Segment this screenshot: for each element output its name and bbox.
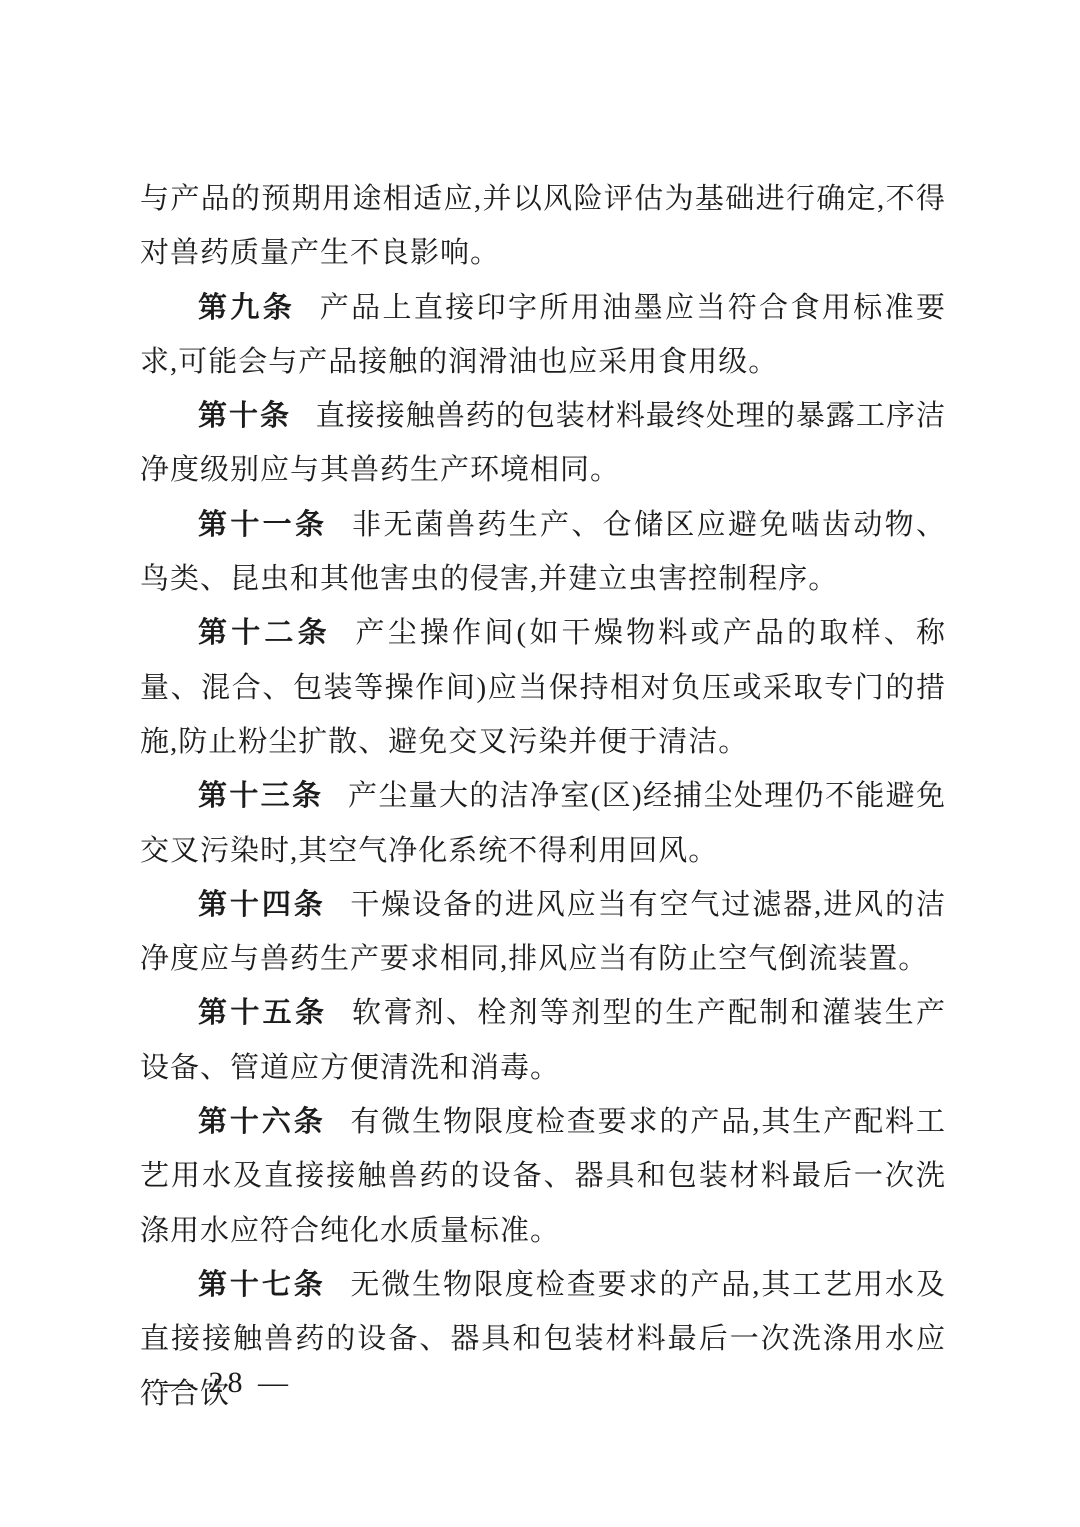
article-number: 第十五条 bbox=[198, 997, 327, 1029]
continuation-paragraph: 与产品的预期用途相适应,并以风险评估为基础进行确定,不得对兽药质量产生不良影响。 bbox=[140, 172, 946, 281]
document-page: 与产品的预期用途相适应,并以风险评估为基础进行确定,不得对兽药质量产生不良影响。… bbox=[0, 0, 1080, 1527]
page-number: — 28 — bbox=[163, 1366, 292, 1400]
article-paragraph: 第十五条软膏剂、栓剂等剂型的生产配制和灌装生产设备、管道应方便清洗和消毒。 bbox=[140, 986, 946, 1095]
article-paragraph: 第十六条有微生物限度检查要求的产品,其生产配料工艺用水及直接接触兽药的设备、器具… bbox=[140, 1095, 946, 1258]
article-paragraph: 第十一条非无菌兽药生产、仓储区应避免啮齿动物、鸟类、昆虫和其他害虫的侵害,并建立… bbox=[140, 498, 946, 607]
article-number: 第十条 bbox=[198, 400, 291, 432]
article-paragraph: 第十条直接接触兽药的包装材料最终处理的暴露工序洁净度级别应与其兽药生产环境相同。 bbox=[140, 389, 946, 498]
article-paragraph: 第十三条产尘量大的洁净室(区)经捕尘处理仍不能避免交叉污染时,其空气净化系统不得… bbox=[140, 769, 946, 878]
article-number: 第十六条 bbox=[198, 1106, 326, 1138]
article-paragraph: 第十二条产尘操作间(如干燥物料或产品的取样、称量、混合、包装等操作间)应当保持相… bbox=[140, 606, 946, 769]
page-content: 与产品的预期用途相适应,并以风险评估为基础进行确定,不得对兽药质量产生不良影响。… bbox=[140, 172, 946, 1421]
article-number: 第十三条 bbox=[198, 780, 323, 812]
article-number: 第十七条 bbox=[198, 1269, 326, 1301]
article-paragraph: 第十四条干燥设备的进风应当有空气过滤器,进风的洁净度应与兽药生产要求相同,排风应… bbox=[140, 878, 946, 987]
article-number: 第十二条 bbox=[198, 617, 331, 649]
continuation-text: 与产品的预期用途相适应,并以风险评估为基础进行确定,不得对兽药质量产生不良影响。 bbox=[140, 183, 946, 269]
article-number: 第十一条 bbox=[198, 509, 327, 541]
article-number: 第十四条 bbox=[198, 889, 326, 921]
article-paragraph: 第九条产品上直接印字所用油墨应当符合食用标准要求,可能会与产品接触的润滑油也应采… bbox=[140, 281, 946, 390]
article-number: 第九条 bbox=[198, 292, 295, 324]
